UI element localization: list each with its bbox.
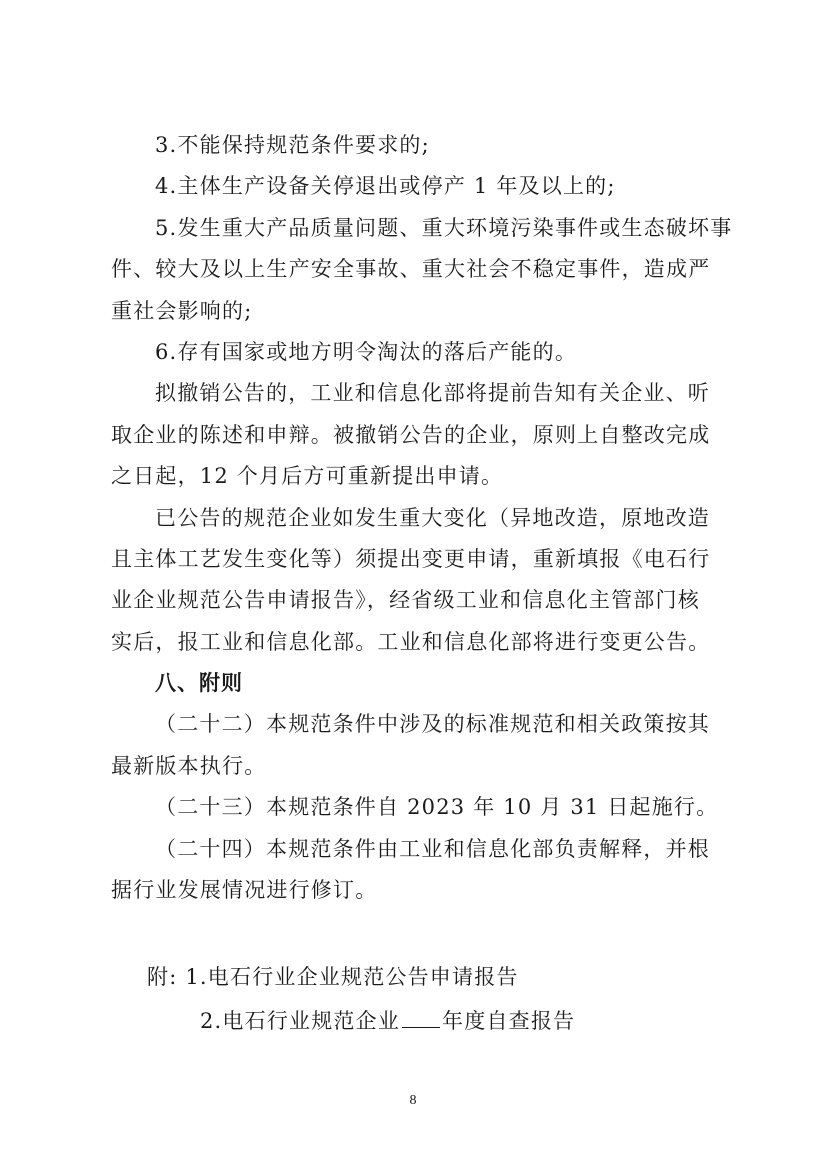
paragraph-line: 最新版本执行。 (111, 751, 266, 781)
attachment-item-1: 1.电石行业企业规范公告申请报告 (185, 965, 518, 989)
attachment-line-2: 2.电石行业规范企业年度自查报告 (200, 1006, 575, 1036)
paragraph-line: 取企业的陈述和申辩。被撤销公告的企业，原则上自整改完成 (111, 420, 710, 450)
paragraph-line: （二十四）本规范条件由工业和信息化部负责解释，并根 (155, 834, 710, 864)
paragraph-line: 重社会影响的; (111, 296, 252, 326)
paragraph-line: 业企业规范公告申请报告》，经省级工业和信息化主管部门核 (111, 585, 700, 615)
document-page: 3.不能保持规范条件要求的; 4.主体生产设备关停退出或停产 1 年及以上的; … (0, 0, 826, 1169)
paragraph-line: 据行业发展情况进行修订。 (111, 875, 377, 905)
paragraph-line: （二十二）本规范条件中涉及的标准规范和相关政策按其 (155, 709, 710, 739)
attachment-item-2-prefix: 2.电石行业规范企业 (200, 1009, 400, 1033)
paragraph-line: 拟撤销公告的，工业和信息化部将提前告知有关企业、听 (155, 378, 710, 408)
attachment-label: 附: (147, 965, 177, 989)
paragraph-line: 之日起，12 个月后方可重新提出申请。 (111, 461, 503, 491)
attachment-line-1: 附: 1.电石行业企业规范公告申请报告 (147, 962, 519, 992)
attachment-item-2-suffix: 年度自查报告 (442, 1009, 575, 1033)
paragraph-line: 实后，报工业和信息化部。工业和信息化部将进行变更公告。 (111, 627, 710, 657)
section-heading: 八、附则 (155, 668, 243, 698)
fill-in-blank (402, 1007, 440, 1028)
paragraph-line: 且主体工艺发生变化等）须提出变更申请，重新填报《电石行 (111, 544, 710, 574)
paragraph-line: 已公告的规范企业如发生重大变化（异地改造，原地改造 (155, 503, 710, 533)
paragraph-line: 6.存有国家或地方明令淘汰的落后产能的。 (155, 337, 577, 367)
paragraph-line: 4.主体生产设备关停退出或停产 1 年及以上的; (155, 171, 616, 201)
page-number: 8 (0, 1093, 826, 1109)
paragraph-line: （二十三）本规范条件自 2023 年 10 月 31 日起施行。 (155, 792, 718, 822)
paragraph-line: 3.不能保持规范条件要求的; (155, 130, 430, 160)
paragraph-line: 5.发生重大产品质量问题、重大环境污染事件或生态破坏事 (155, 213, 732, 243)
paragraph-line: 件、较大及以上生产安全事故、重大社会不稳定事件，造成严 (111, 254, 710, 284)
